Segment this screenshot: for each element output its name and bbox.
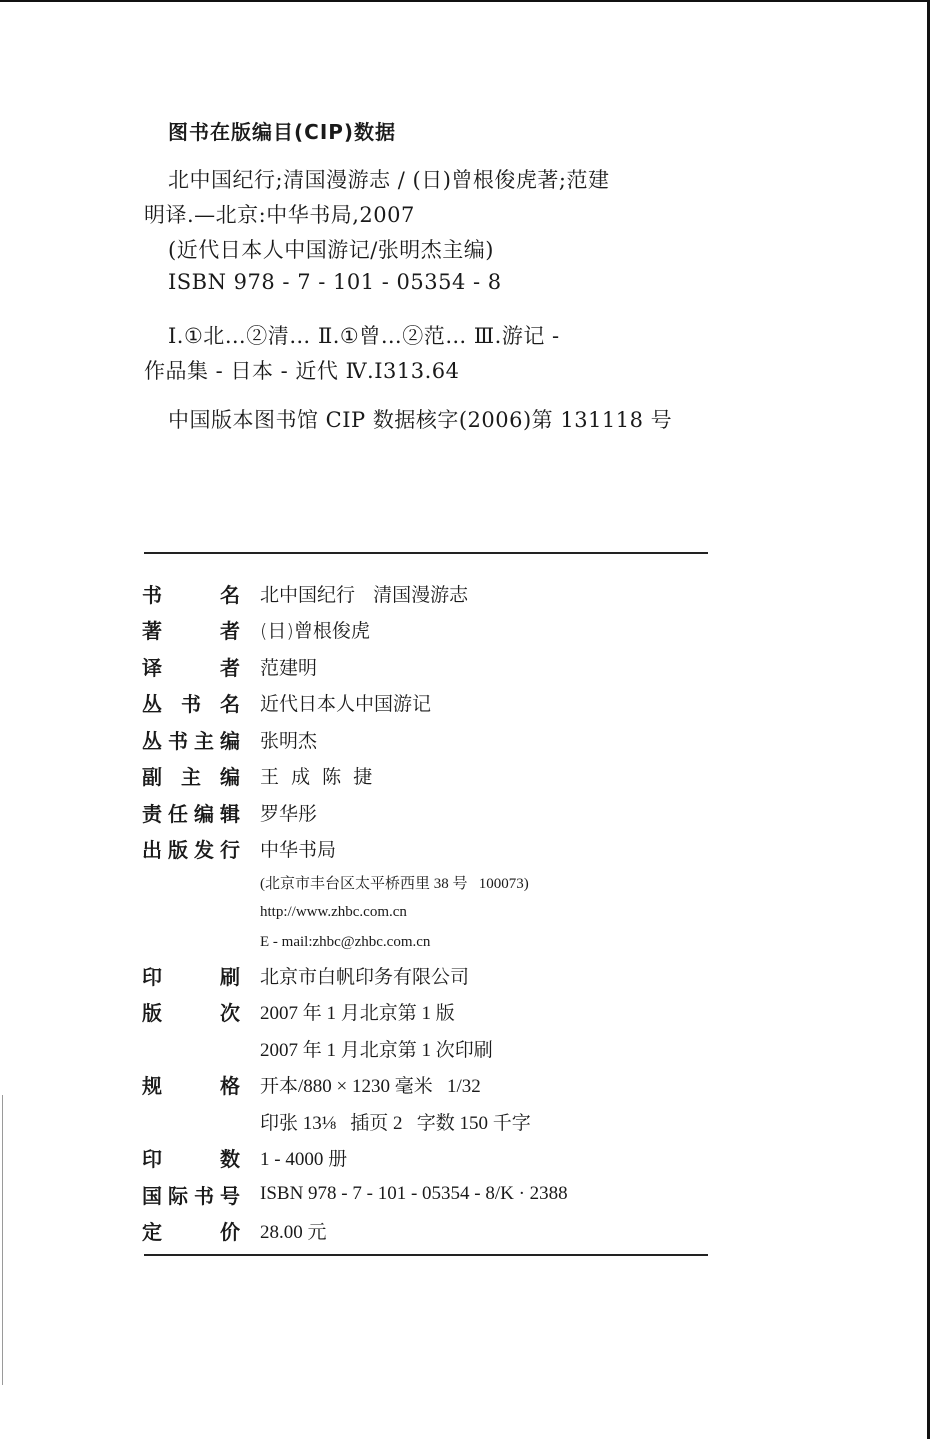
colophon-row-series: 丛书名 近代日本人中国游记 — [142, 685, 722, 722]
row-value: 张明杰 — [260, 726, 317, 753]
colophon-row-publisher-email: E - mail:zhbc@zhbc.com.cn — [142, 927, 722, 957]
colophon-row-associate-editors: 副主编 王 成 陈 捷 — [142, 758, 722, 795]
colophon-row-sheets: 印张 13⅛ 插页 2 字数 150 千字 — [142, 1103, 722, 1140]
colophon-row-printing: 2007 年 1 月北京第 1 次印刷 — [142, 1030, 722, 1067]
row-value: 28.00 元 — [260, 1217, 327, 1244]
publisher-website: http://www.zhbc.com.cn — [260, 904, 407, 921]
row-label: 著者 — [142, 615, 240, 644]
cip-classification-line: Ⅰ.①北…②清… Ⅱ.①曾…②范… Ⅲ.游记 - — [168, 320, 560, 350]
copyright-page: 图书在版编目(CIP)数据 北中国纪行;清国漫游志 / (日)曾根俊虎著;范建 … — [0, 0, 930, 1439]
row-label: 责任编辑 — [142, 798, 240, 827]
row-value: 罗华彤 — [260, 799, 317, 826]
colophon-row-printer: 印刷 北京市白帆印务有限公司 — [142, 957, 722, 994]
cip-line: 北中国纪行;清国漫游志 / (日)曾根俊虎著;范建 — [168, 164, 609, 194]
row-label: 书名 — [142, 579, 240, 608]
row-label: 丛书主编 — [142, 725, 240, 754]
row-label: 副主编 — [142, 761, 240, 790]
cip-series-line: (近代日本人中国游记/张明杰主编) — [168, 234, 494, 264]
row-label: 规格 — [142, 1070, 240, 1099]
row-label: 丛书名 — [142, 688, 240, 717]
colophon-row-isbn: 国际书号 ISBN 978 - 7 - 101 - 05354 - 8/K · … — [142, 1176, 722, 1213]
row-value: 2007 年 1 月北京第 1 版 — [260, 998, 455, 1025]
row-value: 王 成 陈 捷 — [260, 762, 372, 789]
colophon-table: 书名 北中国纪行 清国漫游志 著者 (日)曾根俊虎 译者 范建明 丛书名 近代日… — [142, 575, 722, 1249]
colophon-row-price: 定价 28.00 元 — [142, 1213, 722, 1250]
colophon-row-publisher: 出版发行 中华书局 — [142, 831, 722, 868]
row-label: 国际书号 — [142, 1180, 240, 1209]
divider-bottom — [144, 1254, 708, 1256]
colophon-row-publisher-website: http://www.zhbc.com.cn — [142, 897, 722, 927]
colophon-row-series-editor: 丛书主编 张明杰 — [142, 721, 722, 758]
cip-classification-line: 作品集 - 日本 - 近代 Ⅳ.I313.64 — [144, 355, 460, 385]
cip-isbn-line: ISBN 978 - 7 - 101 - 05354 - 8 — [168, 270, 502, 294]
publisher-address: (北京市丰台区太平桥西里 38 号 100073) — [260, 872, 529, 893]
colophon-row-title: 书名 北中国纪行 清国漫游志 — [142, 575, 722, 612]
publisher-email: E - mail:zhbc@zhbc.com.cn — [260, 934, 430, 951]
row-label: 定价 — [142, 1216, 240, 1245]
cip-line: 明译.—北京:中华书局,2007 — [144, 199, 415, 229]
row-value: (日)曾根俊虎 — [260, 616, 370, 643]
row-label: 印数 — [142, 1143, 240, 1172]
row-value: 印张 13⅛ 插页 2 字数 150 千字 — [260, 1108, 531, 1135]
colophon-row-format: 规格 开本/880 × 1230 毫米 1/32 — [142, 1067, 722, 1104]
row-value: 北中国纪行 清国漫游志 — [260, 580, 468, 607]
cip-record-number: 中国版本图书馆 CIP 数据核字(2006)第 131118 号 — [168, 404, 672, 434]
colophon-row-author: 著者 (日)曾根俊虎 — [142, 612, 722, 649]
colophon-row-responsible-editor: 责任编辑 罗华彤 — [142, 794, 722, 831]
colophon-row-translator: 译者 范建明 — [142, 648, 722, 685]
colophon-row-print-run: 印数 1 - 4000 册 — [142, 1140, 722, 1177]
row-label: 出版发行 — [142, 834, 240, 863]
colophon-row-edition: 版次 2007 年 1 月北京第 1 版 — [142, 994, 722, 1031]
divider-top — [144, 552, 708, 554]
row-value: 中华书局 — [260, 835, 336, 862]
row-value: 北京市白帆印务有限公司 — [260, 962, 469, 989]
row-value: ISBN 978 - 7 - 101 - 05354 - 8/K · 2388 — [260, 1183, 568, 1205]
row-label: 版次 — [142, 997, 240, 1026]
colophon-row-publisher-address: (北京市丰台区太平桥西里 38 号 100073) — [142, 867, 722, 897]
row-label: 印刷 — [142, 961, 240, 990]
row-value: 范建明 — [260, 653, 317, 680]
row-label: 译者 — [142, 652, 240, 681]
row-value: 近代日本人中国游记 — [260, 689, 431, 716]
cip-heading: 图书在版编目(CIP)数据 — [168, 116, 396, 145]
row-value: 2007 年 1 月北京第 1 次印刷 — [260, 1035, 493, 1062]
row-value: 1 - 4000 册 — [260, 1144, 347, 1171]
row-value: 开本/880 × 1230 毫米 1/32 — [260, 1071, 481, 1098]
